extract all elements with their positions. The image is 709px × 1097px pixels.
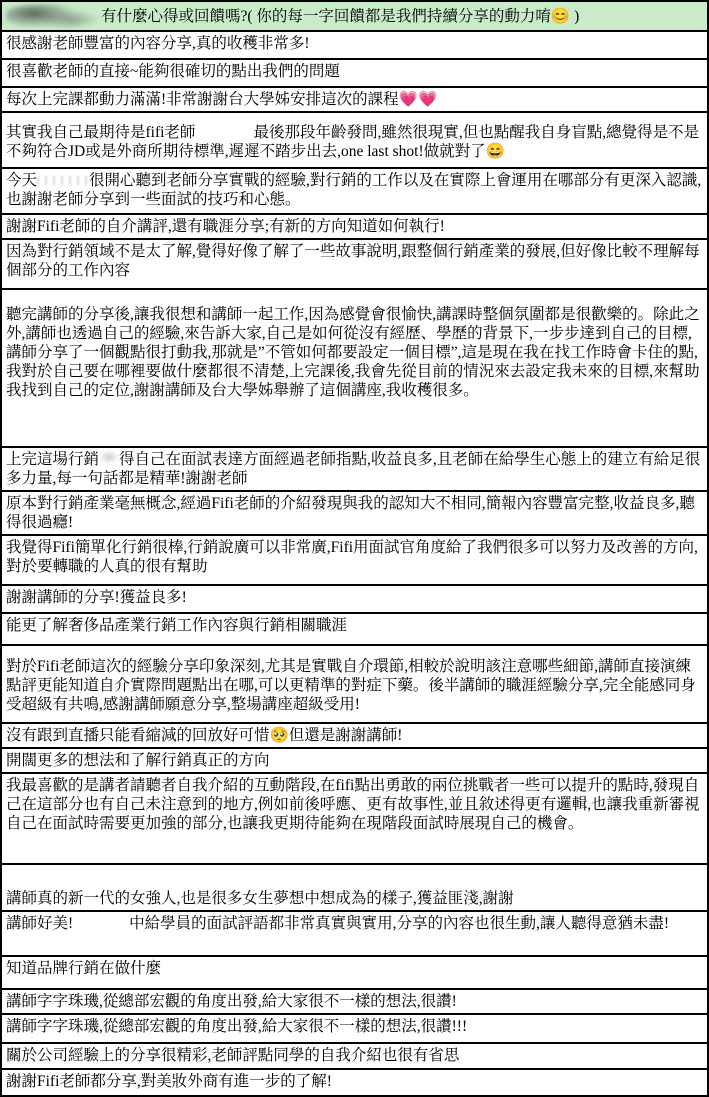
redaction-smudge <box>37 176 89 185</box>
feedback-row: 講師好美!中給學員的面試評語都非常真實與實用,分享的內容也很生動,讓人聽得意猶未… <box>2 912 707 957</box>
header-question: 有什麼心得或回饋嗎?( 你的每一字回饋都是我們持續分享的動力唷😊 ) <box>101 7 579 26</box>
feedback-text: 每次上完課都動力滿滿!非常謝謝台大學姊安排這次的課程💗💗 <box>6 91 437 108</box>
feedback-table: 有什麼心得或回饋嗎?( 你的每一字回饋都是我們持續分享的動力唷😊 ) 很感謝老師… <box>0 0 709 1097</box>
feedback-text: 很開心聽到老師分享實戰的經驗,對行銷的工作以及在實際上會運用在哪部分有更深入認識… <box>6 172 701 208</box>
feedback-row: 謝謝Fifi老師都分享,對美妝外商有進一步的了解! <box>2 1070 707 1095</box>
feedback-row: 因為對行銷領域不是太了解,覺得好像了解了一些故事說明,跟整個行銷產業的發展,但好… <box>2 240 707 290</box>
feedback-row: 今天很開心聽到老師分享實戰的經驗,對行銷的工作以及在實際上會運用在哪部分有更深入… <box>2 169 707 215</box>
feedback-text: 能更了解奢侈品產業行銷工作內容與行銷相關職涯 <box>6 617 347 634</box>
feedback-text: 原本對行銷產業毫無概念,經過Fifi老師的介紹發現與我的認知大不相同,簡報內容豐… <box>6 495 695 531</box>
feedback-row: 很喜歡老師的直接~能夠很確切的點出我們的問題 <box>2 60 707 88</box>
feedback-row: 其實我自己最期待是fifi老師最後那段年齡發問,雖然很現實,但也點醒我自身盲點,… <box>2 113 707 169</box>
redaction-smudge <box>73 916 129 928</box>
feedback-text: 謝謝Fifi老師的自介講評,還有職涯分享;有新的方向知道如何執行! <box>6 218 445 235</box>
feedback-row: 原本對行銷產業毫無概念,經過Fifi老師的介紹發現與我的認知大不相同,簡報內容豐… <box>2 492 707 536</box>
feedback-text: 講師真的新一代的女強人,也是很多女生夢想中想成為的樣子,獲益匪淺,謝謝 <box>6 890 514 907</box>
redaction-smudge <box>195 125 253 137</box>
feedback-row: 知道品牌行銷在做什麼 <box>2 957 707 990</box>
feedback-row: 聽完講師的分享後,讓我很想和講師一起工作,因為感覺會很愉快,講課時整個氛圍都是很… <box>2 290 707 448</box>
feedback-text: 講師字字珠璣,從總部宏觀的角度出發,給大家很不一樣的想法,很讚!!! <box>6 1018 467 1035</box>
erased-border-gap <box>100 912 120 914</box>
feedback-row: 謝謝講師的分享!獲益良多! <box>2 586 707 614</box>
feedback-text: 我最喜歡的是講者請聽者自我介紹的互動階段,在fifi點出勇敢的兩位挑戰者一些可以… <box>6 777 700 832</box>
feedback-row: 謝謝Fifi老師的自介講評,還有職涯分享;有新的方向知道如何執行! <box>2 215 707 240</box>
feedback-row: 對於Fifi老師這次的經驗分享印象深刻,尤其是實戰自介環節,相較於說明該注意哪些… <box>2 646 707 724</box>
feedback-text: 聽完講師的分享後,讓我很想和講師一起工作,因為感覺會很愉快,講課時整個氛圍都是很… <box>6 306 700 399</box>
feedback-text: 對於Fifi老師這次的經驗分享印象深刻,尤其是實戰自介環節,相較於說明該注意哪些… <box>6 658 696 713</box>
feedback-row: 講師真的新一代的女強人,也是很多女生夢想中想成為的樣子,獲益匪淺,謝謝 <box>2 865 707 912</box>
feedback-text: 其實我自己最期待是fifi老師 <box>6 124 195 141</box>
feedback-text: 沒有跟到直播只能看縮減的回放好可惜🥺但還是謝謝講師! <box>6 727 402 744</box>
feedback-text: 上完這場行銷 <box>6 451 99 468</box>
feedback-text: 開闊更多的想法和了解行銷真正的方向 <box>6 752 270 769</box>
feedback-text: 我覺得Fifi簡單化行銷很棒,行銷說廣可以非常廣,Fifi用面試官角度給了我們很… <box>6 539 698 575</box>
feedback-row: 很感謝老師豐富的內容分享,真的收穫非常多! <box>2 32 707 60</box>
feedback-row: 我覺得Fifi簡單化行銷很棒,行銷說廣可以非常廣,Fifi用面試官角度給了我們很… <box>2 536 707 586</box>
feedback-text: 謝謝Fifi老師都分享,對美妝外商有進一步的了解! <box>6 1073 332 1090</box>
feedback-text: 謝謝講師的分享!獲益良多! <box>6 589 187 606</box>
feedback-row: 我最喜歡的是講者請聽者自我介紹的互動階段,在fifi點出勇敢的兩位挑戰者一些可以… <box>2 774 707 865</box>
feedback-text: 中給學員的面試評語都非常真實與實用,分享的內容也很生動,讓人聽得意猶未盡! <box>129 915 669 932</box>
redaction-smudge <box>99 450 119 464</box>
feedback-text: 關於公司經驗上的分享很精彩,老師評點同學的自我介紹也很有省思 <box>6 1047 459 1064</box>
feedback-text: 知道品牌行銷在做什麼 <box>6 960 161 977</box>
feedback-text: 講師好美! <box>6 915 73 932</box>
feedback-text: 講師字字珠璣,從總部宏觀的角度出發,給大家很不一樣的想法,很讚! <box>6 993 457 1010</box>
feedback-row: 開闊更多的想法和了解行銷真正的方向 <box>2 749 707 774</box>
feedback-row: 講師字字珠璣,從總部宏觀的角度出發,給大家很不一樣的想法,很讚!!! <box>2 1015 707 1044</box>
redaction-smudge <box>6 4 98 28</box>
feedback-row: 上完這場行銷得自己在面試表達方面經過老師指點,收益良多,且老師在給學生心態上的建… <box>2 448 707 492</box>
feedback-row: 沒有跟到直播只能看縮減的回放好可惜🥺但還是謝謝講師! <box>2 724 707 749</box>
feedback-text: 因為對行銷領域不是太了解,覺得好像了解了一些故事說明,跟整個行銷產業的發展,但好… <box>6 243 700 279</box>
feedback-text: 今天 <box>6 172 37 189</box>
feedback-row: 講師字字珠璣,從總部宏觀的角度出發,給大家很不一樣的想法,很讚! <box>2 990 707 1015</box>
table-header-row: 有什麼心得或回饋嗎?( 你的每一字回饋都是我們持續分享的動力唷😊 ) <box>2 2 707 32</box>
feedback-row: 每次上完課都動力滿滿!非常謝謝台大學姊安排這次的課程💗💗 <box>2 88 707 113</box>
feedback-row: 關於公司經驗上的分享很精彩,老師評點同學的自我介紹也很有省思 <box>2 1044 707 1070</box>
feedback-row: 能更了解奢侈品產業行銷工作內容與行銷相關職涯 <box>2 614 707 646</box>
feedback-text: 很感謝老師豐富的內容分享,真的收穫非常多! <box>6 35 310 52</box>
feedback-text: 很喜歡老師的直接~能夠很確切的點出我們的問題 <box>6 63 340 80</box>
